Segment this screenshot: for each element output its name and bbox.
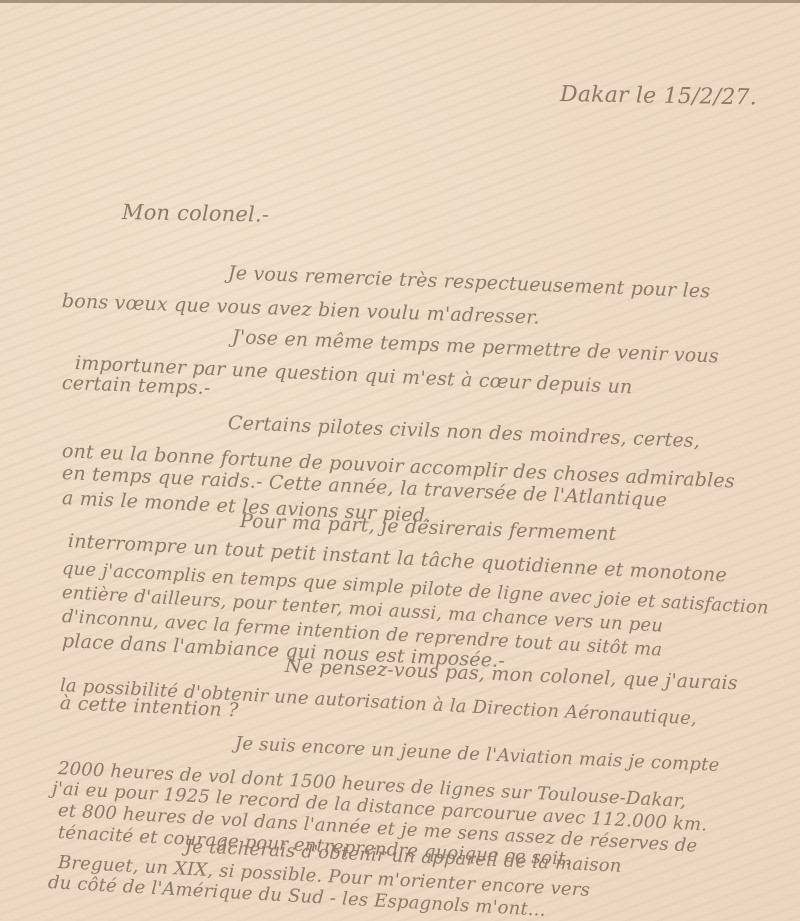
letter-line: Ne pensez-vous pas, mon colonel, que j'a… (285, 655, 739, 694)
letter-line: Certains pilotes civils non des moindres… (228, 412, 701, 452)
letter-line: Je suis encore un jeune de l'Aviation ma… (235, 733, 720, 776)
letter-salutation: Mon colonel.- (122, 200, 270, 227)
letter-paper: Dakar le 15/2/27. Mon colonel.- Je vous … (0, 0, 800, 921)
letter-line: bons vœux que vous avez bien voulu m'adr… (62, 290, 540, 329)
letter-line: Je vous remercie très respectueusement p… (228, 262, 711, 303)
letter-line: certain temps.- (62, 372, 211, 399)
letter-date: Dakar le 15/2/27. (560, 82, 757, 110)
